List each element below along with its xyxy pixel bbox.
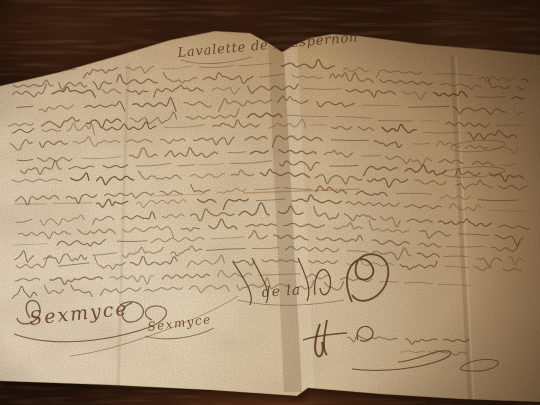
photo-grain [0,0,540,405]
manuscript-photo: Lavalette de D'Espernon Sexmyce [0,0,540,405]
manuscript-scene: Lavalette de D'Espernon Sexmyce [0,0,540,405]
